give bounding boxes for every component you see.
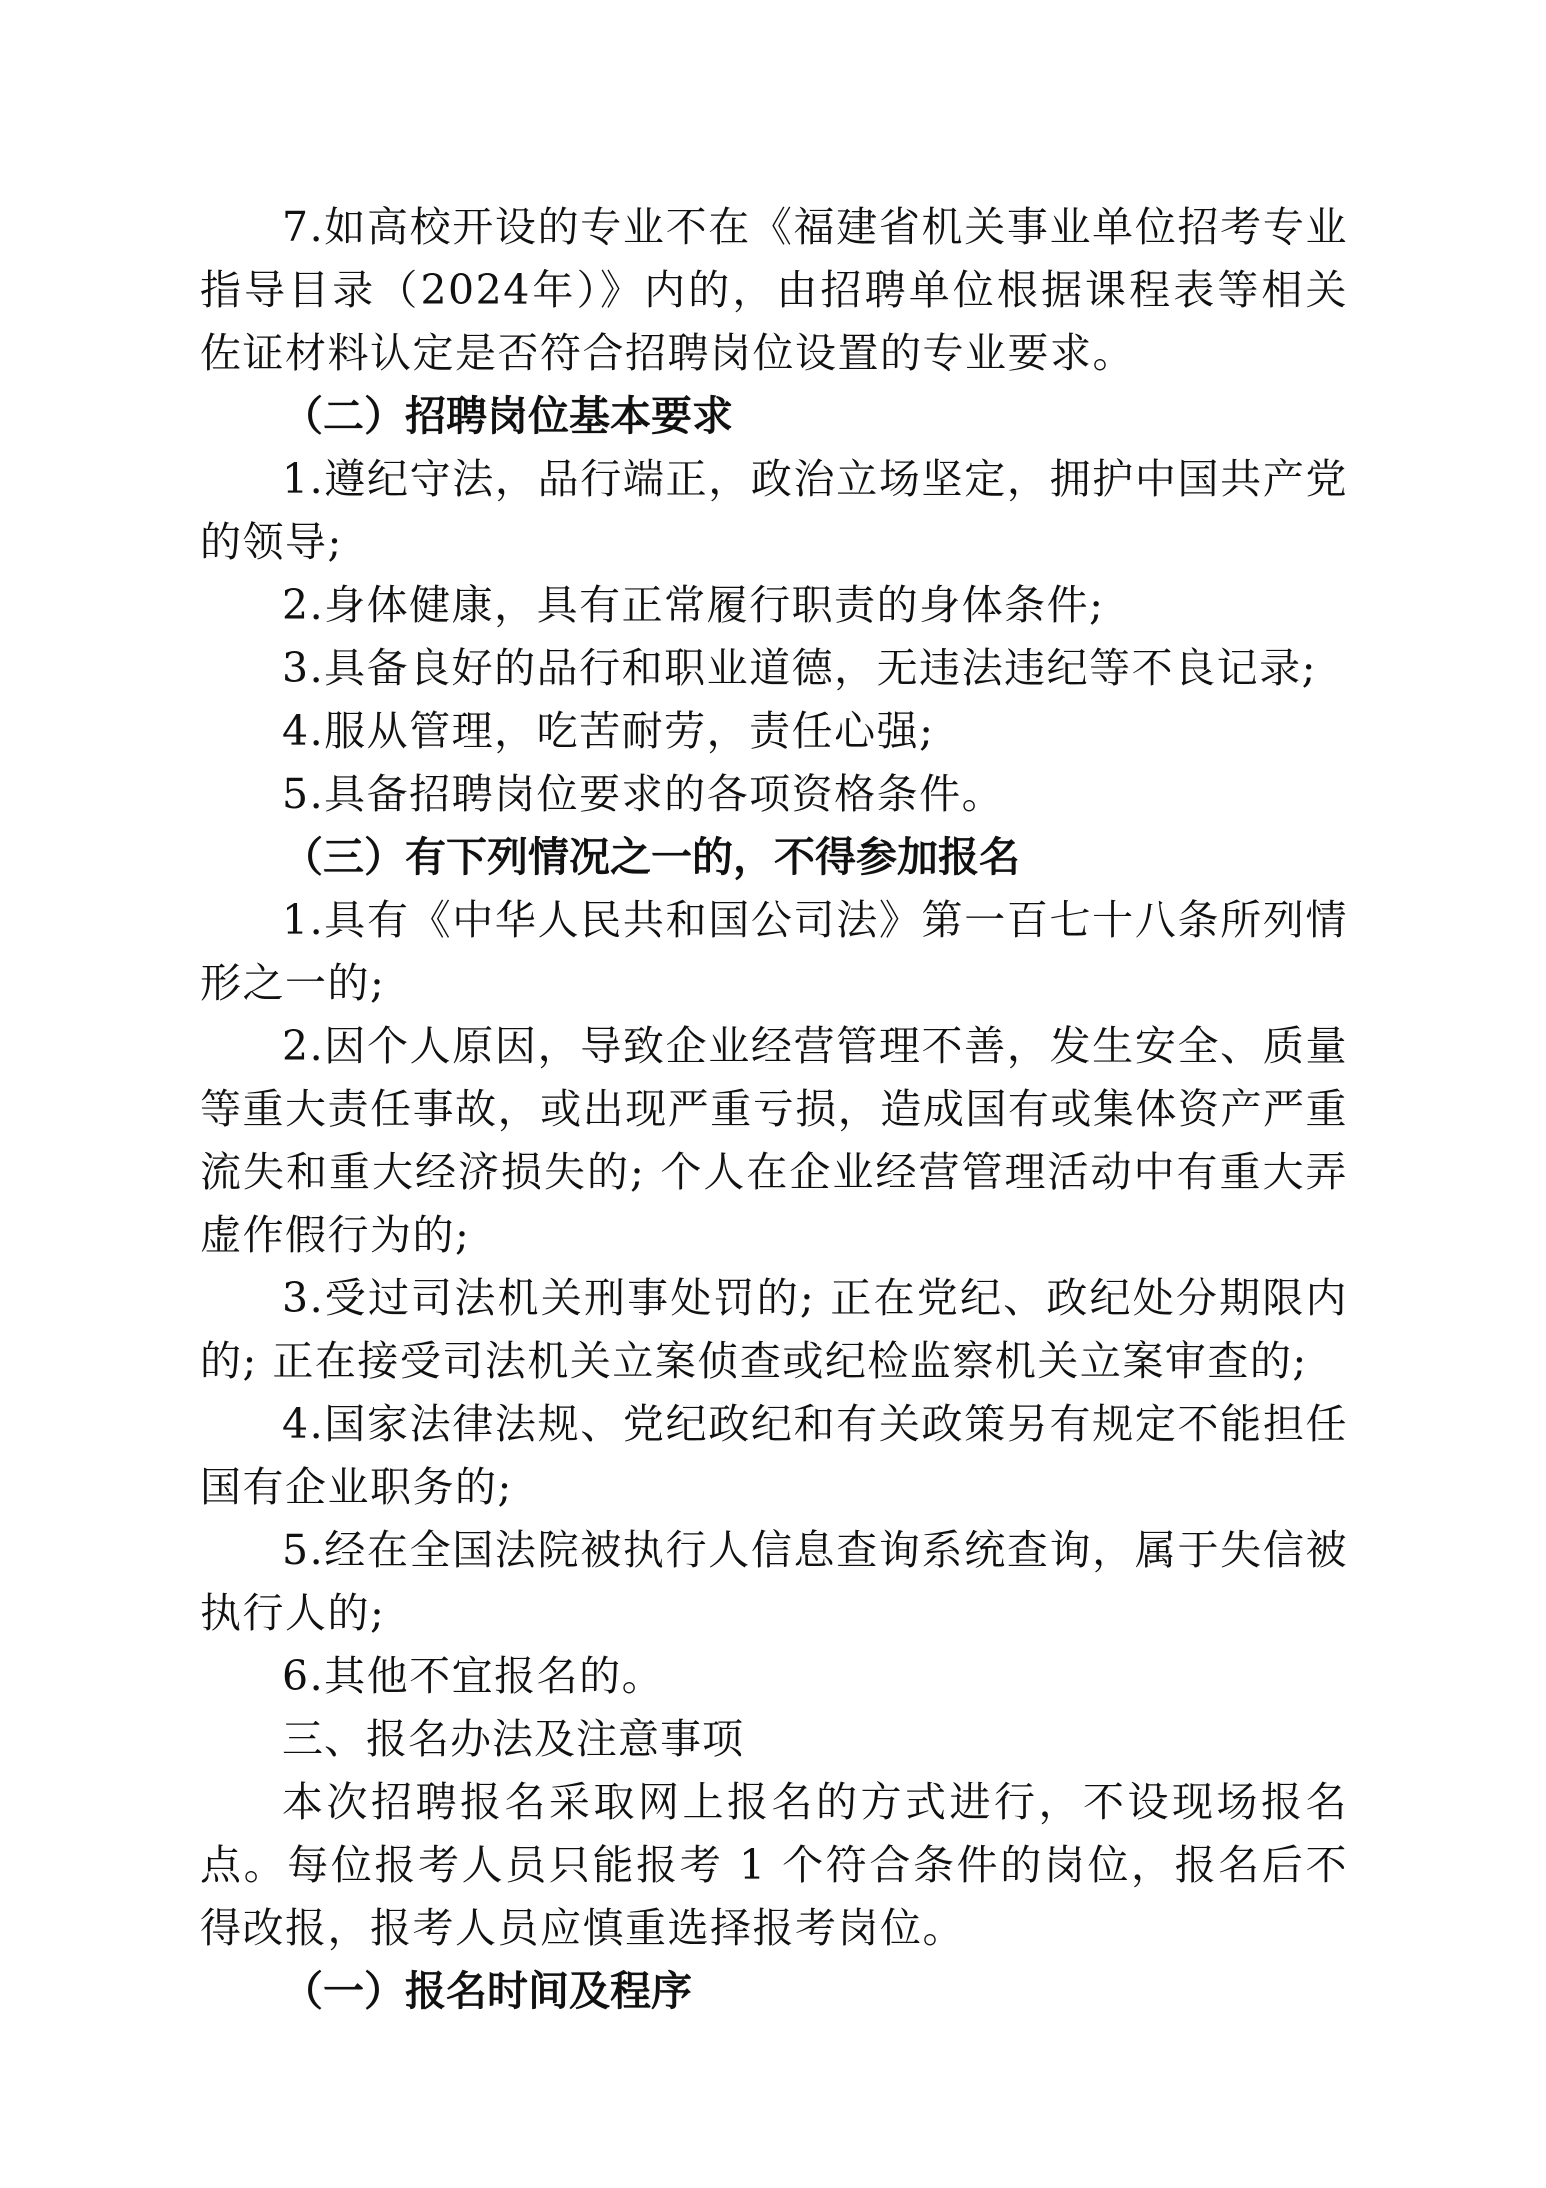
- requirement-item-4: 4.服从管理，吃苦耐劳，责任心强;: [200, 700, 1348, 763]
- document-page: 7.如高校开设的专业不在《福建省机关事业单位招考专业指导目录（2024年）》内的…: [200, 196, 1348, 2023]
- subheading-registration-time: （一）报名时间及程序: [200, 1960, 1348, 2023]
- requirement-item-3: 3.具备良好的品行和职业道德，无违法违纪等不良记录;: [200, 637, 1348, 700]
- disqualification-item-1: 1.具有《中华人民共和国公司法》第一百七十八条所列情形之一的;: [200, 889, 1348, 1015]
- paragraph-major-catalog-note: 7.如高校开设的专业不在《福建省机关事业单位招考专业指导目录（2024年）》内的…: [200, 196, 1348, 385]
- disqualification-item-5: 5.经在全国法院被执行人信息查询系统查询，属于失信被执行人的;: [200, 1519, 1348, 1645]
- requirement-item-5: 5.具备招聘岗位要求的各项资格条件。: [200, 763, 1348, 826]
- section-heading-registration: 三、报名办法及注意事项: [200, 1708, 1348, 1771]
- disqualification-item-6: 6.其他不宜报名的。: [200, 1645, 1348, 1708]
- requirement-item-1: 1.遵纪守法，品行端正，政治立场坚定，拥护中国共产党的领导;: [200, 448, 1348, 574]
- requirement-item-2: 2.身体健康，具有正常履行职责的身体条件;: [200, 574, 1348, 637]
- subheading-basic-requirements: （二）招聘岗位基本要求: [200, 385, 1348, 448]
- paragraph-online-registration: 本次招聘报名采取网上报名的方式进行，不设现场报名点。每位报考人员只能报考 1 个…: [200, 1771, 1348, 1960]
- disqualification-item-3: 3.受过司法机关刑事处罚的; 正在党纪、政纪处分期限内的; 正在接受司法机关立案…: [200, 1267, 1348, 1393]
- disqualification-item-4: 4.国家法律法规、党纪政纪和有关政策另有规定不能担任国有企业职务的;: [200, 1393, 1348, 1519]
- subheading-disqualifications: （三）有下列情况之一的，不得参加报名: [200, 826, 1348, 889]
- disqualification-item-2: 2.因个人原因，导致企业经营管理不善，发生安全、质量等重大责任事故，或出现严重亏…: [200, 1015, 1348, 1267]
